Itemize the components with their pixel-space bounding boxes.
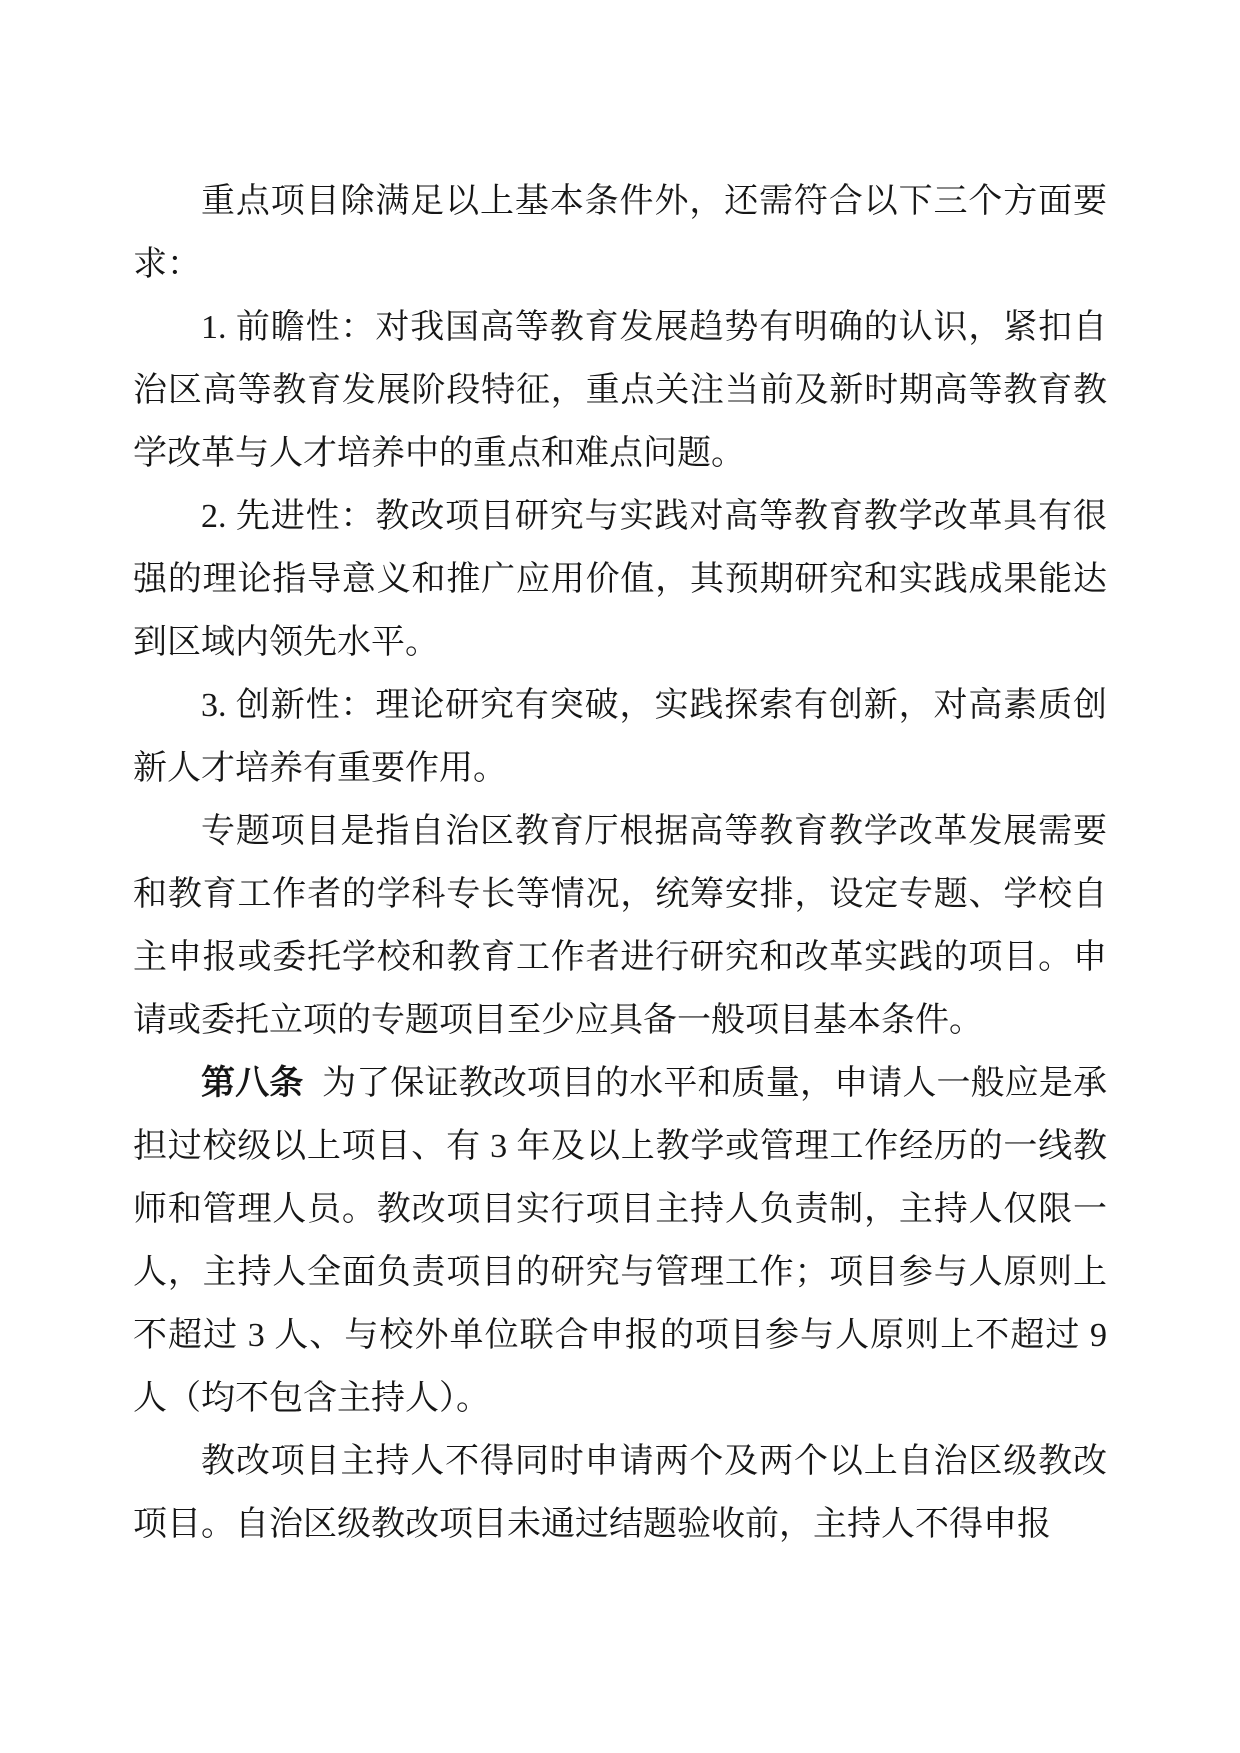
paragraph-special-projects: 专题项目是指自治区教育厅根据高等教育教学改革发展需要和教育工作者的学科专长等情况… xyxy=(133,800,1107,1052)
paragraph-article-8: 第八条为了保证教改项目的水平和质量，申请人一般应是承担过校级以上项目、有 3 年… xyxy=(133,1052,1107,1430)
document-body: 重点项目除满足以上基本条件外，还需符合以下三个方面要求： 1. 前瞻性：对我国高… xyxy=(133,170,1107,1556)
paragraph-requirements-intro: 重点项目除满足以上基本条件外，还需符合以下三个方面要求： xyxy=(133,170,1107,296)
paragraph-item-2-advancement: 2. 先进性：教改项目研究与实践对高等教育教学改革具有很强的理论指导意义和推广应… xyxy=(133,485,1107,674)
document-page: 重点项目除满足以上基本条件外，还需符合以下三个方面要求： 1. 前瞻性：对我国高… xyxy=(0,0,1240,1753)
paragraph-host-restriction: 教改项目主持人不得同时申请两个及两个以上自治区级教改项目。自治区级教改项目未通过… xyxy=(133,1430,1107,1556)
article-8-number: 第八条 xyxy=(201,1065,303,1102)
article-8-text: 为了保证教改项目的水平和质量，申请人一般应是承担过校级以上项目、有 3 年及以上… xyxy=(133,1065,1107,1417)
paragraph-item-1-foresight: 1. 前瞻性：对我国高等教育发展趋势有明确的认识，紧扣自治区高等教育发展阶段特征… xyxy=(133,296,1107,485)
paragraph-item-3-innovation: 3. 创新性：理论研究有突破，实践探索有创新，对高素质创新人才培养有重要作用。 xyxy=(133,674,1107,800)
